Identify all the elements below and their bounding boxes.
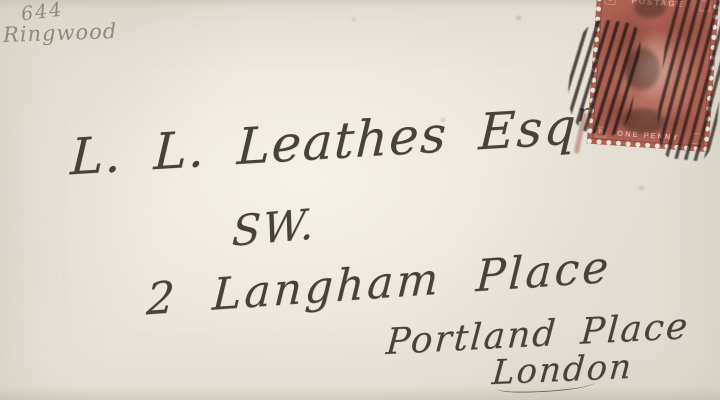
address-city-line: London: [490, 347, 634, 393]
paper-speck: [352, 18, 356, 21]
stamp-corner-letter-bottom-right: [690, 133, 702, 145]
address-name-text: L. L. Leathes Esq: [69, 97, 578, 186]
stamp-frame: C POSTAGE N ONE PENNY: [593, 0, 713, 146]
address-district-line: SW.: [231, 199, 317, 256]
postage-stamp: C POSTAGE N ONE PENNY: [587, 0, 720, 152]
paper-speck: [639, 186, 644, 190]
stamp-value-text: ONE PENNY: [617, 129, 680, 142]
envelope-scan: { "theme": { "paper": "#e9e4da", "ink": …: [0, 0, 720, 400]
pencil-place-note: Ringwood: [3, 19, 118, 47]
address-name-line: L. L. Leathes Esqre: [69, 96, 604, 187]
stamp-postage-text: POSTAGE: [631, 0, 684, 9]
stamp-corner-letter-top-left: C: [604, 0, 616, 5]
paper-speck: [516, 16, 521, 20]
stamp-corner-letter-bottom-left: N: [595, 126, 607, 138]
stamp-corner-letter-top-right: [699, 0, 711, 12]
stamp-bottom-band: N ONE PENNY: [593, 125, 704, 146]
stamp-top-band: C POSTAGE: [602, 0, 713, 13]
